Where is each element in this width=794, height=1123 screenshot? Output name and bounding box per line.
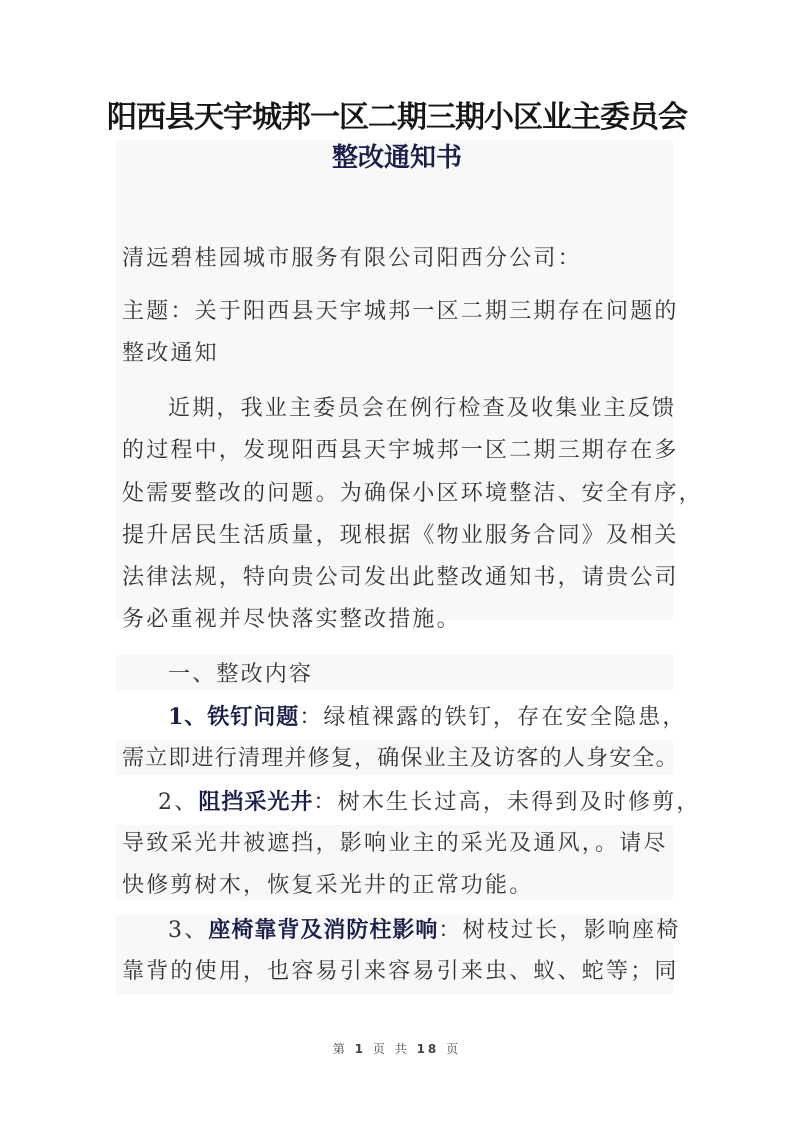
item-1-label: 1、铁钉问题 bbox=[168, 704, 299, 730]
item-2-text: 树木生长过高，未得到及时修剪， bbox=[338, 790, 701, 815]
item-2-line1: 2、阻挡采光井：树木生长过高，未得到及时修剪， bbox=[158, 787, 710, 818]
intro-line: 近期，我业主委员会在例行检查及收集业主反馈 bbox=[168, 394, 720, 424]
footer-suffix: 页 bbox=[446, 1042, 461, 1056]
item-3-number: 3、 bbox=[168, 918, 208, 943]
item-3-text: 树枝过长，影响座椅 bbox=[463, 918, 681, 943]
document-title-line1: 阳西县天宇城邦一区二期三期小区业主委员会 bbox=[0, 98, 794, 138]
item-3-label: 座椅靠背及消防柱影响 bbox=[208, 917, 438, 943]
document-page: 阳西县天宇城邦一区二期三期小区业主委员会 整改通知书 清远碧桂园城市服务有限公司… bbox=[0, 0, 794, 1123]
item-2-number: 2、 bbox=[158, 790, 198, 815]
item-1-text: 绿植裸露的铁钉，存在安全隐患， bbox=[324, 705, 687, 730]
intro-line: 处需要整改的问题。为确保小区环境整洁、安全有序， bbox=[122, 479, 674, 509]
document-title-line2: 整改通知书 bbox=[0, 138, 794, 178]
item-2-line3: 快修剪树木，恢复采光井的正常功能。 bbox=[122, 871, 674, 901]
intro-line: 的过程中，发现阳西县天宇城邦一区二期三期存在多 bbox=[122, 436, 674, 466]
item-1-line2: 需立即进行清理并修复，确保业主及访客的人身安全。 bbox=[122, 744, 674, 774]
item-2-label: 阻挡采光井 bbox=[198, 789, 313, 815]
footer-mid: 页 共 bbox=[373, 1042, 410, 1056]
current-page-number: 1 bbox=[355, 1042, 366, 1056]
subject-line1: 主题：关于阳西县天宇城邦一区二期三期存在问题的 bbox=[122, 297, 674, 327]
intro-line: 务必重视并尽快落实整改措施。 bbox=[122, 605, 674, 635]
item-1-line1: 1、铁钉问题：绿植裸露的铁钉，存在安全隐患， bbox=[168, 702, 720, 733]
item-2-line2: 导致采光井被遮挡，影响业主的采光及通风，。请尽 bbox=[122, 829, 674, 859]
page-footer: 第 1 页 共 18 页 bbox=[0, 1040, 794, 1057]
intro-line: 提升居民生活质量，现根据《物业服务合同》及相关 bbox=[122, 521, 674, 551]
item-2-separator: ： bbox=[313, 790, 337, 815]
subject-line2: 整改通知 bbox=[122, 339, 674, 369]
section-heading: 一、整改内容 bbox=[168, 660, 720, 690]
item-3-separator: ： bbox=[438, 918, 462, 943]
intro-line: 法律法规，特向贵公司发出此整改通知书，请贵公司 bbox=[122, 563, 674, 593]
item-3-line1: 3、座椅靠背及消防柱影响：树枝过长，影响座椅 bbox=[168, 915, 720, 946]
item-1-separator: ： bbox=[299, 705, 323, 730]
footer-prefix: 第 bbox=[333, 1042, 348, 1056]
total-pages-number: 18 bbox=[417, 1042, 440, 1056]
addressee: 清远碧桂园城市服务有限公司阳西分公司： bbox=[122, 244, 674, 274]
item-3-line2: 靠背的使用，也容易引来容易引来虫、蚁、蛇等；同 bbox=[122, 957, 674, 987]
